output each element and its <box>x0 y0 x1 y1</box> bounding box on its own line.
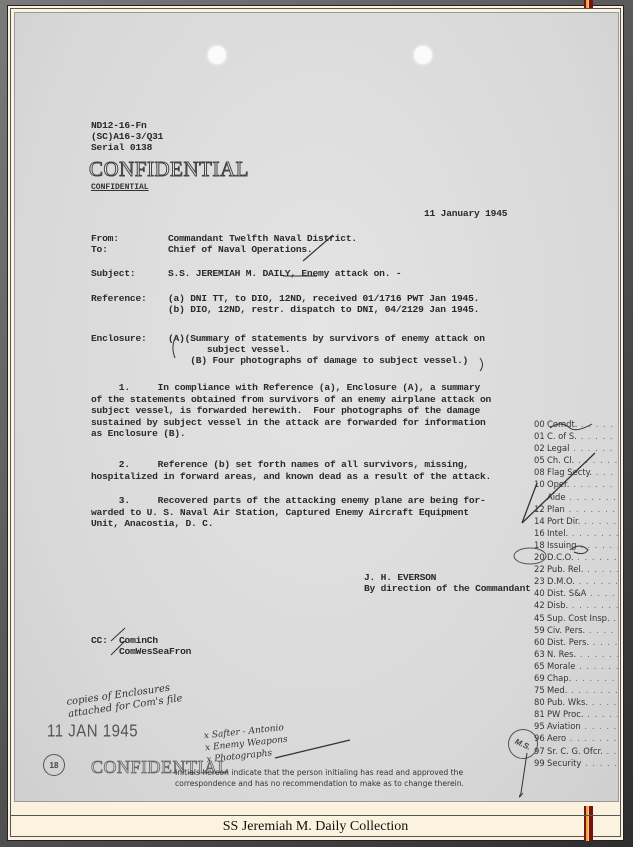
caption-bar: SS Jeremiah M. Daily Collection <box>10 815 621 837</box>
collection-caption: SS Jeremiah M. Daily Collection <box>223 819 408 835</box>
pen-marks <box>15 13 619 802</box>
document-scan: ND12-16-Fn (SC)A16-3/Q31 Serial 0138 CON… <box>14 12 619 802</box>
ribbon-decoration-top <box>584 0 593 8</box>
